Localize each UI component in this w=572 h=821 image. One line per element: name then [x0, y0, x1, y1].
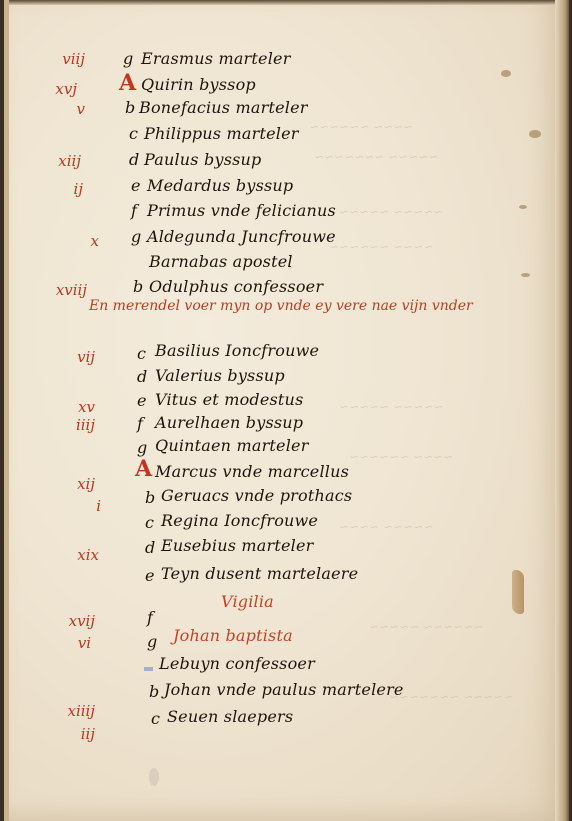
golden-number: x	[59, 232, 99, 250]
saint-name: Primus vnde felicianus	[147, 201, 336, 220]
dominical-letter: g	[137, 438, 147, 457]
dominical-letter: b	[145, 488, 155, 507]
saint-name: Valerius byssup	[155, 366, 285, 385]
saint-name: Barnabas apostel	[149, 252, 293, 271]
blue-initial-mark	[144, 667, 153, 671]
ink-stain	[521, 273, 530, 277]
saint-name: Medardus byssup	[147, 176, 293, 195]
saint-name: Erasmus marteler	[141, 49, 291, 68]
dominical-letter: b	[125, 98, 135, 117]
dominical-letter: f	[147, 608, 153, 627]
dominical-letter: c	[151, 709, 160, 728]
saint-name: Aurelhaen byssup	[155, 413, 303, 432]
dominical-letter-rubricated: A	[135, 456, 152, 482]
golden-number: viij	[41, 50, 85, 68]
dominical-letter: c	[129, 124, 138, 143]
golden-number: iij	[65, 725, 95, 743]
dominical-letter: e	[131, 176, 140, 195]
saint-name: Marcus vnde marcellus	[155, 462, 349, 481]
saint-name: Eusebius marteler	[161, 536, 314, 555]
saint-name: Quirin byssop	[141, 75, 256, 94]
rubric-day-length-note: En merendel voer myn op vnde ey vere nae…	[89, 298, 473, 314]
saint-name: Quintaen marteler	[155, 436, 309, 455]
saint-name: Lebuyn confessoer	[159, 654, 315, 673]
golden-number: xiiij	[55, 702, 95, 720]
dominical-letter: f	[131, 201, 137, 220]
feast-name-red: Johan baptista	[173, 626, 293, 645]
dominical-letter: g	[147, 632, 157, 651]
saint-name: Geruacs vnde prothacs	[161, 486, 352, 505]
dominical-letter: b	[133, 277, 143, 296]
golden-number: vi	[61, 634, 91, 652]
golden-number: xvj	[33, 80, 77, 98]
golden-number: xviij	[35, 281, 87, 299]
manuscript-page: ~~~~ ~~~~~~ ~~~~~ ~~~~~~~ ~~~~~ ~~~~~ ~~…	[4, 0, 569, 821]
dominical-letter: c	[145, 513, 154, 532]
saint-name: Teyn dusent martelaere	[161, 564, 358, 583]
verso-initial-showthrough	[512, 570, 524, 614]
dominical-letter-rubricated: A	[119, 70, 136, 96]
dominical-letter: e	[145, 566, 154, 585]
golden-number: ij	[63, 180, 83, 198]
page-top-edge	[9, 0, 569, 5]
saint-name: Philippus marteler	[144, 124, 299, 143]
golden-number: xvij	[51, 612, 95, 630]
showthrough-text: ~~~~~ ~~~~~	[339, 205, 443, 219]
saint-name: Basilius Ioncfrouwe	[155, 341, 319, 360]
ink-stain	[501, 70, 511, 77]
saint-name: Aldegunda Juncfrouwe	[147, 227, 336, 246]
showthrough-text: ~~~~ ~~~~~~	[329, 240, 433, 254]
showthrough-text: ~~~~~ ~~~~	[339, 520, 433, 534]
saint-name: Regina Ioncfrouwe	[161, 511, 318, 530]
showthrough-text: ~~~~~~ ~~~~~	[369, 620, 483, 634]
showthrough-text: ~~~~ ~~~~~~	[349, 450, 453, 464]
dominical-letter: d	[129, 150, 139, 169]
saint-name: Johan vnde paulus martelere	[164, 680, 404, 699]
water-stain	[149, 768, 159, 786]
showthrough-text: ~~~~~ ~~~~~	[339, 400, 443, 414]
golden-number: vij	[51, 348, 95, 366]
golden-number: xix	[55, 546, 99, 564]
showthrough-text: ~~~~ ~~~~~~	[309, 120, 413, 134]
ink-stain	[529, 130, 541, 138]
dominical-letter: c	[137, 344, 146, 363]
dominical-letter: d	[145, 538, 155, 557]
dominical-letter: g	[123, 49, 133, 68]
page-gutter-edge	[555, 0, 569, 821]
saint-name: Seuen slaepers	[167, 707, 293, 726]
dominical-letter: e	[137, 391, 146, 410]
saint-name: Bonefacius marteler	[139, 98, 308, 117]
vigil-rubric: Vigilia	[221, 592, 274, 611]
saint-name: Odulphus confessoer	[149, 277, 323, 296]
golden-number: xv	[51, 398, 95, 416]
ink-stain	[519, 205, 527, 209]
dominical-letter: b	[149, 682, 159, 701]
golden-number: i	[61, 497, 101, 515]
showthrough-text: ~~~~~ ~~~~~~~	[314, 150, 438, 164]
golden-number: xij	[51, 475, 95, 493]
saint-name: Paulus byssup	[144, 150, 261, 169]
golden-number: xiij	[37, 152, 81, 170]
dominical-letter: g	[131, 227, 141, 246]
saint-name: Vitus et modestus	[155, 390, 303, 409]
golden-number: v	[41, 100, 85, 118]
dominical-letter: d	[137, 367, 147, 386]
golden-number: iiij	[51, 416, 95, 434]
showthrough-text: ~~~~~ ~~~~~~~	[389, 690, 513, 704]
dominical-letter: f	[137, 414, 143, 433]
